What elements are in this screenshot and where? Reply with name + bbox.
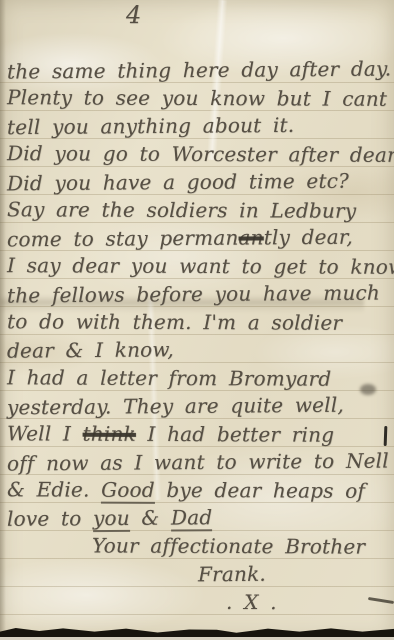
handwriting-line: to do with them. I'm a soldier xyxy=(7,307,342,336)
handwriting-segment: yesterday. They are quite well, xyxy=(7,393,344,420)
handwriting-segment: Did you have a good time etc? xyxy=(7,169,349,196)
handwriting-segment: Well I xyxy=(7,421,83,445)
ink-smudge xyxy=(360,384,376,395)
handwriting-line: the fellows before you have much xyxy=(7,279,380,310)
handwriting-line: the same thing here day after day. xyxy=(7,54,392,85)
left-edge-shadow xyxy=(0,0,6,640)
handwriting-segment: & xyxy=(130,506,171,530)
handwriting-line: off now as I want to write to Nell xyxy=(7,447,389,478)
handwriting-segment: Did you go to Worcester after dear. xyxy=(7,141,394,167)
stray-dash xyxy=(368,597,394,604)
stray-pencil-mark xyxy=(384,426,388,446)
handwriting-line: & Edie. Good bye dear heaps of xyxy=(7,475,365,505)
handwriting-line: Did you have a good time etc? xyxy=(7,167,349,198)
handwriting-segment: off now as I want to write to Nell xyxy=(7,449,389,476)
handwriting-segment: an xyxy=(238,225,263,249)
handwriting-segment: Your affectionate Brother xyxy=(92,533,365,558)
torn-bottom-edge xyxy=(0,625,394,637)
handwriting-line: Frank. xyxy=(198,560,266,589)
handwriting-line: tell you anything about it. xyxy=(7,111,295,141)
handwriting-segment: you xyxy=(93,506,130,532)
handwriting-segment: think xyxy=(83,422,136,446)
letter-page: 4 the same thing here day after day.Plen… xyxy=(0,0,394,640)
handwriting-segment: dear & I know, xyxy=(7,337,174,362)
handwriting-segment: I had a letter from Bromyard xyxy=(7,365,331,390)
handwriting-line: Say are the soldiers in Ledbury xyxy=(7,195,356,225)
handwriting-segment: Frank. xyxy=(198,562,266,587)
handwriting-segment: Say are the soldiers in Ledbury xyxy=(7,197,356,223)
handwriting-segment: I had better ring xyxy=(136,422,334,447)
handwriting-line: Your affectionate Brother xyxy=(92,531,365,560)
handwriting-line: yesterday. They are quite well, xyxy=(7,391,344,422)
handwriting-line: dear & I know, xyxy=(7,335,174,364)
handwriting-segment: I say dear you want to get to know xyxy=(7,253,394,279)
handwriting-line: Plenty to see you know but I cant xyxy=(7,83,387,113)
handwriting-line: Did you go to Worcester after dear. xyxy=(7,139,394,169)
handwriting-line: come to stay permanantly dear, xyxy=(7,223,353,254)
handwriting-segment: & Edie. xyxy=(7,477,101,501)
handwriting-segment: Good xyxy=(101,478,155,504)
handwriting-segment: Plenty to see you know but I cant xyxy=(7,85,387,111)
handwriting-line: love to you & Dad xyxy=(7,503,213,533)
handwriting-line: . X . xyxy=(226,588,277,616)
handwriting-segment: tell you anything about it. xyxy=(7,113,294,139)
handwriting-segment: love to xyxy=(7,506,93,531)
handwriting-line: I say dear you want to get to know xyxy=(7,251,394,281)
handwriting-line: Well I think I had better ring xyxy=(7,419,334,448)
handwriting-segment: Dad xyxy=(171,505,213,531)
handwriting-segment: come to stay perman xyxy=(7,226,239,252)
handwriting-segment: to do with them. I'm a soldier xyxy=(7,309,342,334)
handwriting-line: I had a letter from Bromyard xyxy=(7,363,331,392)
handwriting-segment: tly dear, xyxy=(264,225,353,250)
handwriting-segment: the same thing here day after day. xyxy=(7,56,391,83)
handwriting-segment: bye dear heaps of xyxy=(155,478,365,503)
handwriting-segment: the fellows before you have much xyxy=(7,281,380,308)
page-number: 4 xyxy=(126,1,141,29)
handwriting-segment: . X . xyxy=(226,590,277,614)
